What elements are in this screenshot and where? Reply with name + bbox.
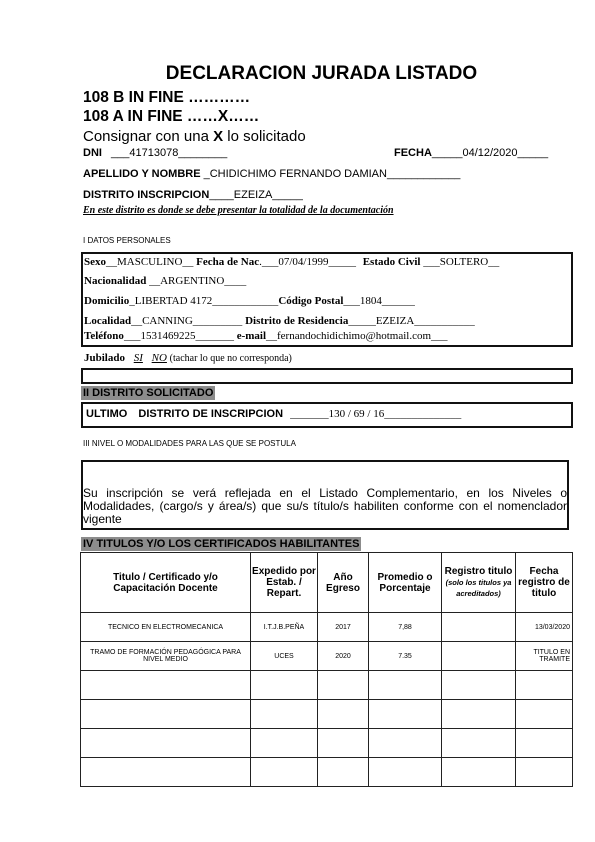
jubilado-label: Jubilado — [84, 352, 125, 364]
cell-registro[interactable] — [442, 758, 516, 787]
fecha-value[interactable]: _____04/12/2020_____ — [432, 147, 548, 159]
table-row — [81, 729, 573, 758]
domicilio-value[interactable]: _LIBERTAD 4172____________ — [129, 295, 278, 307]
estado-civil-value[interactable]: ___SOLTERO__ — [423, 256, 499, 268]
cell-registro[interactable] — [442, 671, 516, 700]
domicilio-label: Domicilio — [84, 295, 129, 307]
cell-fecha-registro[interactable]: 13/03/2020 — [516, 613, 573, 642]
row-telefono: Teléfono___1531469225_______ e-mail__fer… — [84, 330, 448, 342]
cell-fecha-registro[interactable] — [516, 729, 573, 758]
fecha-label: FECHA — [394, 147, 432, 159]
cell-promedio[interactable]: 7,88 — [369, 613, 442, 642]
cp-label: Código Postal — [278, 295, 343, 307]
dni-label: DNI — [83, 147, 102, 159]
row-domicilio: Domicilio_LIBERTAD 4172____________Códig… — [84, 295, 415, 307]
cell-expedido[interactable]: UCES — [251, 642, 318, 671]
dni-field: DNI ___41713078________ — [83, 147, 227, 159]
cell-anio[interactable]: 2020 — [318, 642, 369, 671]
apellido-value[interactable]: _CHIDICHIMO FERNANDO DAMIAN____________ — [204, 168, 461, 180]
col-anio: Año Egreso — [318, 553, 369, 613]
table-row: TRAMO DE FORMACIÓN PEDAGÓGICA PARA NIVEL… — [81, 642, 573, 671]
section2-heading: II DISTRITO SOLICITADO — [81, 386, 215, 400]
apellido-label: APELLIDO Y NOMBRE — [83, 168, 201, 180]
distrito-note: En este distrito es donde se debe presen… — [83, 205, 394, 216]
cell-registro[interactable] — [442, 729, 516, 758]
col-registro: Registro titulo(solo los titulos ya acre… — [442, 553, 516, 613]
jubilado-note: (tachar lo que no corresponda) — [170, 353, 292, 364]
option-108a: 108 A IN FINE ……X…… — [83, 108, 259, 126]
cell-anio[interactable]: 2017 — [318, 613, 369, 642]
table-row: TECNICO EN ELECTROMECANICAI.T.J.B.PEÑA20… — [81, 613, 573, 642]
row-sexo: Sexo__MASCULINO__ Fecha de Nac.___07/04/… — [84, 256, 499, 268]
dni-value[interactable]: ___41713078________ — [111, 147, 227, 159]
cell-titulo[interactable] — [81, 758, 251, 787]
cell-fecha-registro[interactable] — [516, 758, 573, 787]
nacionalidad-value[interactable]: __ARGENTINO____ — [149, 275, 246, 287]
cell-titulo[interactable]: TECNICO EN ELECTROMECANICA — [81, 613, 251, 642]
distrito-de-inscripcion-label: DISTRITO DE INSCRIPCION — [138, 408, 283, 420]
col-fecha-registro: Fecha registro de titulo — [516, 553, 573, 613]
consignar-instruction: Consignar con una X lo solicitado — [83, 128, 306, 145]
cell-titulo[interactable] — [81, 729, 251, 758]
section1-heading: I DATOS PERSONALES — [83, 236, 171, 245]
localidad-value[interactable]: __CANNING_________ — [131, 315, 242, 327]
cell-registro[interactable] — [442, 700, 516, 729]
col-promedio: Promedio o Porcentaje — [369, 553, 442, 613]
table-row — [81, 671, 573, 700]
fecha-nac-label: Fecha de Nac — [196, 256, 259, 268]
cp-value[interactable]: ___1804______ — [343, 295, 415, 307]
fecha-field: FECHA_____04/12/2020_____ — [394, 147, 548, 159]
cell-expedido[interactable] — [251, 700, 318, 729]
sexo-value[interactable]: __MASCULINO__ — [106, 256, 193, 268]
cell-promedio[interactable] — [369, 729, 442, 758]
cell-titulo[interactable]: TRAMO DE FORMACIÓN PEDAGÓGICA PARA NIVEL… — [81, 642, 251, 671]
consignar-mark: X — [213, 128, 223, 145]
cell-registro[interactable] — [442, 613, 516, 642]
empty-box — [81, 368, 573, 384]
row-jubilado: Jubilado SI NO (tachar lo que no corresp… — [84, 352, 292, 364]
cell-fecha-registro[interactable]: TITULO EN TRAMITE — [516, 642, 573, 671]
cell-expedido[interactable] — [251, 758, 318, 787]
col-registro-note: (solo los titulos ya acreditados) — [446, 578, 512, 598]
niveles-text: Su inscripción se verá reflejada en el L… — [83, 487, 567, 526]
row-localidad: Localidad__CANNING_________ Distrito de … — [84, 315, 475, 327]
cell-anio[interactable] — [318, 671, 369, 700]
cell-registro[interactable] — [442, 642, 516, 671]
distrito-inscripcion-field: DISTRITO INSCRIPCION____EZEIZA_____ — [83, 189, 303, 201]
jubilado-si[interactable]: SI — [134, 352, 143, 364]
email-label: e-mail — [237, 330, 266, 342]
cell-anio[interactable] — [318, 729, 369, 758]
jubilado-no[interactable]: NO — [152, 352, 167, 364]
cell-promedio[interactable] — [369, 758, 442, 787]
table-row — [81, 700, 573, 729]
section4-heading: IV TITULOS Y/O LOS CERTIFICADOS HABILITA… — [81, 537, 361, 551]
cell-expedido[interactable] — [251, 671, 318, 700]
ultimo-distrito-value[interactable]: _______130 / 69 / 16______________ — [290, 408, 461, 420]
option-108b: 108 B IN FINE ………… — [83, 89, 250, 107]
nacionalidad-label: Nacionalidad — [84, 275, 146, 287]
estado-civil-label: Estado Civil — [363, 256, 421, 268]
cell-promedio[interactable] — [369, 700, 442, 729]
residencia-value[interactable]: _____EZEIZA___________ — [348, 315, 474, 327]
ultimo-label: ULTIMO — [86, 408, 127, 420]
cell-promedio[interactable]: 7.35 — [369, 642, 442, 671]
cell-fecha-registro[interactable] — [516, 671, 573, 700]
cell-expedido[interactable]: I.T.J.B.PEÑA — [251, 613, 318, 642]
col-registro-label: Registro titulo — [445, 566, 513, 577]
col-titulo: Titulo / Certificado y/o Capacitación Do… — [81, 553, 251, 613]
email-value[interactable]: __fernandochidichimo@hotmail.com___ — [266, 330, 448, 342]
table-row — [81, 758, 573, 787]
localidad-label: Localidad — [84, 315, 131, 327]
residencia-label: Distrito de Residencia — [245, 315, 348, 327]
telefono-label: Teléfono — [84, 330, 124, 342]
section3-heading: III NIVEL O MODALIDADES PARA LAS QUE SE … — [83, 439, 296, 448]
col-expedido: Expedido por Estab. / Repart. — [251, 553, 318, 613]
row-nacionalidad: Nacionalidad __ARGENTINO____ — [84, 275, 246, 287]
cell-expedido[interactable] — [251, 729, 318, 758]
distrito-inscripcion-value[interactable]: ____EZEIZA_____ — [209, 189, 303, 201]
consignar-prefix: Consignar con una — [83, 128, 209, 145]
cell-titulo[interactable] — [81, 700, 251, 729]
telefono-value[interactable]: ___1531469225_______ — [124, 330, 234, 342]
sexo-label: Sexo — [84, 256, 106, 268]
cell-titulo[interactable] — [81, 671, 251, 700]
cell-anio[interactable] — [318, 758, 369, 787]
ultimo-distrito-row: ULTIMO DISTRITO DE INSCRIPCION _______13… — [86, 408, 461, 420]
page-title: DECLARACION JURADA LISTADO — [0, 63, 595, 85]
fecha-nac-value[interactable]: .___07/04/1999_____ — [259, 256, 356, 268]
titulos-table: Titulo / Certificado y/o Capacitación Do… — [80, 552, 573, 787]
consignar-suffix: lo solicitado — [227, 128, 305, 145]
cell-anio[interactable] — [318, 700, 369, 729]
distrito-inscripcion-label: DISTRITO INSCRIPCION — [83, 189, 209, 201]
apellido-field: APELLIDO Y NOMBRE _CHIDICHIMO FERNANDO D… — [83, 168, 460, 180]
table-header-row: Titulo / Certificado y/o Capacitación Do… — [81, 553, 573, 613]
cell-fecha-registro[interactable] — [516, 700, 573, 729]
cell-promedio[interactable] — [369, 671, 442, 700]
